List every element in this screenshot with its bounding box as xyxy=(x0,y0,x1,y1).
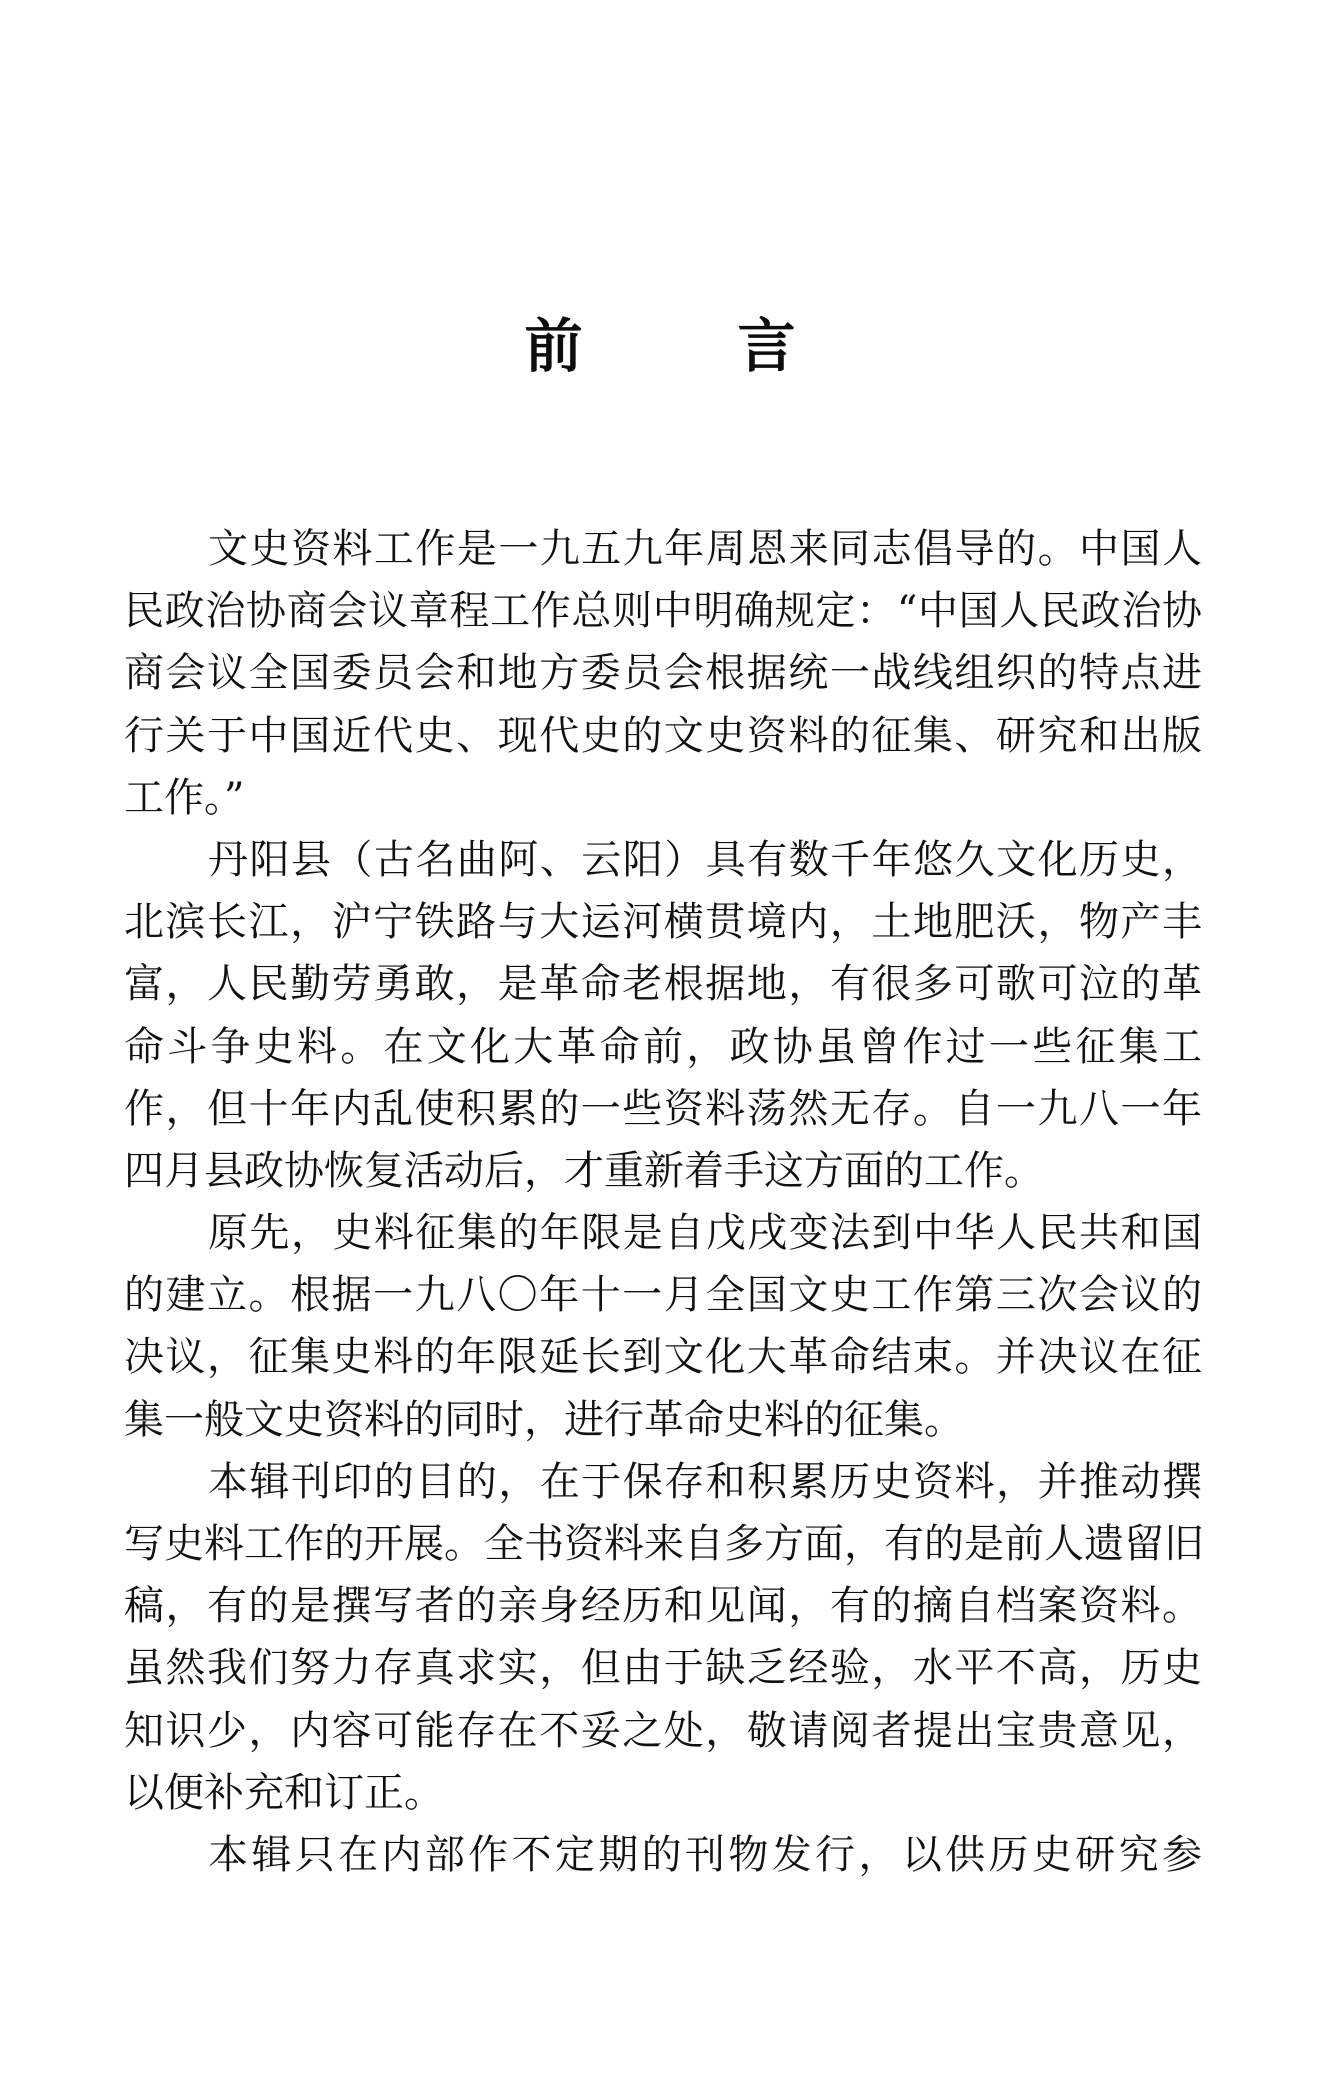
text-line: 文史资料工作是一九五九年周恩来同志倡导的。中国人 xyxy=(124,518,1202,580)
text-line: 本辑刊印的目的，在于保存和积累历史资料，并推动撰 xyxy=(124,1451,1202,1513)
text-line: 商会议全国委员会和地方委员会根据统一战线组织的特点进 xyxy=(124,642,1202,704)
text-line: 集一般文史资料的同时，进行革命史料的征集。 xyxy=(124,1389,1202,1451)
text-line: 写史料工作的开展。全书资料来自多方面，有的是前人遗留旧 xyxy=(124,1513,1202,1575)
preface-body: 文史资料工作是一九五九年周恩来同志倡导的。中国人 民政治协商会议章程工作总则中明… xyxy=(124,518,1202,1886)
text-line: 北滨长江，沪宁铁路与大运河横贯境内，土地肥沃，物产丰 xyxy=(124,891,1202,953)
title-char-2: 言 xyxy=(738,317,796,375)
text-line: 作，但十年内乱使积累的一些资料荡然无存。自一九八一年 xyxy=(124,1078,1202,1140)
text-line: 知识少，内容可能存在不妥之处，敬请阅者提出宝贵意见， xyxy=(124,1700,1202,1762)
page-title: 前 言 xyxy=(0,306,1320,386)
text-line: 丹阳县（古名曲阿、云阳）具有数千年悠久文化历史， xyxy=(124,829,1202,891)
book-page: 前 言 文史资料工作是一九五九年周恩来同志倡导的。中国人 民政治协商会议章程工作… xyxy=(0,0,1320,2074)
text-line: 四月县政协恢复活动后，才重新着手这方面的工作。 xyxy=(124,1140,1202,1202)
text-line: 工作。” xyxy=(124,767,1202,829)
text-line: 民政治协商会议章程工作总则中明确规定：“中国人民政治协 xyxy=(124,580,1202,642)
text-line: 行关于中国近代史、现代史的文史资料的征集、研究和出版 xyxy=(124,705,1202,767)
title-char-1: 前 xyxy=(524,317,582,375)
text-line: 的建立。根据一九八〇年十一月全国文史工作第三次会议的 xyxy=(124,1264,1202,1326)
text-line: 以便补充和订正。 xyxy=(124,1762,1202,1824)
text-line: 稿，有的是撰写者的亲身经历和见闻，有的摘自档案资料。 xyxy=(124,1575,1202,1637)
text-line: 虽然我们努力存真求实，但由于缺乏经验，水平不高，历史 xyxy=(124,1637,1202,1699)
text-line: 原先，史料征集的年限是自戊戌变法到中华人民共和国 xyxy=(124,1202,1202,1264)
text-line: 富，人民勤劳勇敢，是革命老根据地，有很多可歌可泣的革 xyxy=(124,953,1202,1015)
text-line: 本辑只在内部作不定期的刊物发行，以供历史研究参 xyxy=(124,1824,1202,1886)
text-line: 决议，征集史料的年限延长到文化大革命结束。并决议在征 xyxy=(124,1326,1202,1388)
text-line: 命斗争史料。在文化大革命前，政协虽曾作过一些征集工 xyxy=(124,1016,1202,1078)
